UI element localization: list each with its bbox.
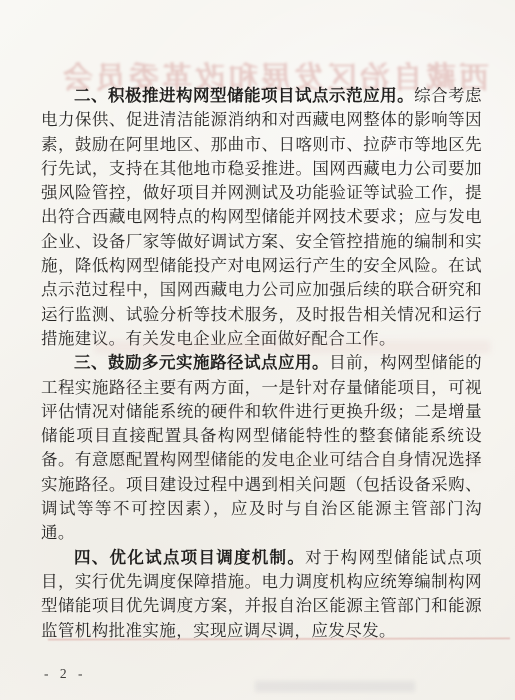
paragraph-2-lead: 二、积极推进构网型储能项目试点示范应用。 [74,86,414,105]
scanned-document-page: 西藏自治区发展和改革委员会 二、积极推进构网型储能项目试点示范应用。综合考虑电力… [0,0,515,700]
paragraph-4-lead: 四、优化试点项目调度机制。 [74,548,305,567]
paragraph-2: 二、积极推进构网型储能项目试点示范应用。综合考虑电力保供、促进清洁能源消纳和对西… [41,84,482,351]
paragraph-2-text: 综合考虑电力保供、促进清洁能源消纳和对西藏电网整体的影响等因素，鼓励在阿里地区、… [41,86,482,348]
paragraph-4: 四、优化试点项目调度机制。对于构网型储能试点项目，实行优先调度保障措施。电力调度… [41,546,482,643]
paragraph-3-text: 目前，构网型储能的工程实施路径主要有两方面，一是针对存量储能项目，可视评估情况对… [41,353,482,542]
document-body: 二、积极推进构网型储能项目试点示范应用。综合考虑电力保供、促进清洁能源消纳和对西… [41,84,482,643]
bleed-through-smudge [255,681,415,692]
paragraph-3: 三、鼓励多元实施路径试点应用。目前，构网型储能的工程实施路径主要有两方面，一是针… [41,351,482,545]
page-number: - 2 - [44,666,87,682]
paragraph-3-lead: 三、鼓励多元实施路径试点应用。 [74,353,329,372]
